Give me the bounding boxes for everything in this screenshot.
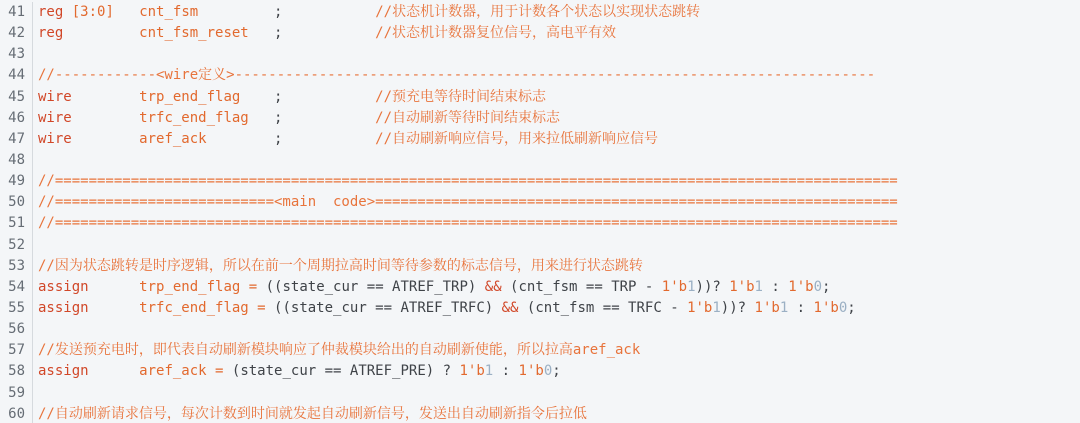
code-line: 54assign trp_end_flag = ((state_cur == A… [0, 277, 1080, 298]
code-token-pl: ; [552, 363, 560, 379]
code-text: assign aref_ack = (state_cur == ATREF_PR… [33, 361, 561, 382]
line-number: 44 [0, 65, 33, 86]
code-token-pl: (cnt_fsm == TRP - [502, 279, 662, 295]
code-token-num: [3:0] [72, 4, 114, 20]
code-line: 59 [0, 383, 1080, 404]
line-number: 59 [0, 383, 33, 404]
code-token-kw: wire [38, 89, 72, 105]
code-token-kw: reg [38, 4, 63, 20]
code-token-pl [240, 279, 248, 295]
code-token-kw: && [485, 279, 502, 295]
code-line: 44//------------<wire定义>----------------… [0, 65, 1080, 86]
code-token-kw: assign [38, 300, 89, 316]
code-token-pl: ))? [696, 279, 730, 295]
code-token-cm: //预充电等待时间结束标志 [375, 89, 546, 105]
code-token-id: trfc_end_flag [139, 300, 249, 316]
line-number: 51 [0, 213, 33, 234]
code-token-kw: reg [38, 25, 63, 41]
code-token-cm: //自动刷新等待时间结束标志 [375, 110, 560, 126]
code-token-pl: ))? [721, 300, 755, 316]
code-text: reg cnt_fsm_reset ; //状态机计数器复位信号，高电平有效 [33, 23, 616, 44]
code-token-pl [249, 300, 257, 316]
code-token-cm: //状态机计数器，用于计数各个状态以实现状态跳转 [375, 4, 700, 20]
code-token-id: trp_end_flag [139, 89, 240, 105]
code-token-pl [63, 25, 139, 41]
code-line: 42reg cnt_fsm_reset ; //状态机计数器复位信号，高电平有效 [0, 23, 1080, 44]
code-token-pl: ((state_cur == ATREF_TRP) [257, 279, 485, 295]
code-token-pl: ; [240, 89, 375, 105]
code-line: 41reg [3:0] cnt_fsm ; //状态机计数器，用于计数各个状态以… [0, 2, 1080, 23]
code-line: 57//发送预充电时，即代表自动刷新模块响应了仲裁模块给出的自动刷新使能，所以拉… [0, 340, 1080, 361]
code-token-pl [89, 279, 140, 295]
code-token-kw: wire [38, 110, 72, 126]
line-number: 43 [0, 44, 33, 65]
line-number: 49 [0, 171, 33, 192]
code-token-cm: //==========================<main code>=… [38, 194, 898, 210]
code-token-pl: : [788, 300, 813, 316]
code-text [33, 383, 38, 404]
code-token-kw: wire [38, 131, 72, 147]
code-text: //======================================… [33, 171, 898, 192]
code-token-pl: ; [207, 131, 376, 147]
code-token-id: trfc_end_flag [139, 110, 249, 126]
code-line: 50//==========================<main code… [0, 192, 1080, 213]
line-number: 55 [0, 298, 33, 319]
code-token-dig: 0 [544, 363, 552, 379]
code-token-dig: 1 [712, 300, 720, 316]
code-token-num: 1'b [755, 300, 780, 316]
code-token-id: cnt_fsm [139, 4, 198, 20]
code-text: wire trfc_end_flag ; //自动刷新等待时间结束标志 [33, 108, 560, 129]
line-number: 54 [0, 277, 33, 298]
code-line: 49//====================================… [0, 171, 1080, 192]
code-token-pl: ; [249, 110, 375, 126]
code-token-num: = [257, 300, 265, 316]
code-line: 48 [0, 150, 1080, 171]
line-number: 46 [0, 108, 33, 129]
code-text: wire aref_ack ; //自动刷新响应信号，用来拉低刷新响应信号 [33, 129, 658, 150]
code-token-pl [72, 110, 139, 126]
code-text: //发送预充电时，即代表自动刷新模块响应了仲裁模块给出的自动刷新使能，所以拉高a… [33, 340, 640, 361]
code-token-cm: //======================================… [38, 173, 898, 189]
code-token-cm: //自动刷新请求信号，每次计数到时间就发起自动刷新信号，发送出自动刷新指令后拉低 [38, 406, 587, 422]
code-token-id: aref_ack [139, 131, 206, 147]
code-text [33, 150, 38, 171]
code-token-num: 1'b [662, 279, 687, 295]
code-text: //因为状态跳转是时序逻辑，所以在前一个周期拉高时间等待参数的标志信号，用来进行… [33, 256, 643, 277]
code-token-dig: 1 [780, 300, 788, 316]
code-token-id: aref_ack [139, 363, 206, 379]
code-token-pl: ; [198, 4, 375, 20]
code-token-pl: ; [847, 300, 855, 316]
line-number: 41 [0, 2, 33, 23]
code-token-pl [89, 300, 140, 316]
code-token-pl: (cnt_fsm == TRFC - [518, 300, 687, 316]
code-line: 47wire aref_ack ; //自动刷新响应信号，用来拉低刷新响应信号 [0, 129, 1080, 150]
code-line: 53//因为状态跳转是时序逻辑，所以在前一个周期拉高时间等待参数的标志信号，用来… [0, 256, 1080, 277]
code-token-num: 1'b [519, 363, 544, 379]
code-text: assign trp_end_flag = ((state_cur == ATR… [33, 277, 830, 298]
code-token-cm: //======================================… [38, 215, 898, 231]
line-number: 47 [0, 129, 33, 150]
code-line: 51//====================================… [0, 213, 1080, 234]
line-number: 52 [0, 235, 33, 256]
code-text [33, 319, 38, 340]
code-text: //------------<wire定义>------------------… [33, 65, 875, 86]
code-token-pl: : [763, 279, 788, 295]
code-token-pl [72, 131, 139, 147]
code-line: 46wire trfc_end_flag ; //自动刷新等待时间结束标志 [0, 108, 1080, 129]
code-token-num: 1'b [459, 363, 484, 379]
line-number: 50 [0, 192, 33, 213]
code-token-num: = [249, 279, 257, 295]
code-token-pl [63, 4, 71, 20]
code-token-id: trp_end_flag [139, 279, 240, 295]
code-token-pl: ((state_cur == ATREF_TRFC) [266, 300, 502, 316]
line-number: 56 [0, 319, 33, 340]
code-token-pl: ; [249, 25, 375, 41]
code-text: //==========================<main code>=… [33, 192, 898, 213]
code-token-cm: //------------<wire定义>------------------… [38, 67, 875, 83]
code-text [33, 44, 38, 65]
code-token-dig: 1 [687, 279, 695, 295]
code-text: assign trfc_end_flag = ((state_cur == AT… [33, 298, 856, 319]
code-token-pl: ; [822, 279, 830, 295]
line-number: 48 [0, 150, 33, 171]
code-token-num: 1'b [814, 300, 839, 316]
line-number: 42 [0, 23, 33, 44]
code-token-dig: 1 [485, 363, 493, 379]
code-token-num: 1'b [687, 300, 712, 316]
code-token-pl: (state_cur == ATREF_PRE) ? [223, 363, 459, 379]
code-text: //自动刷新请求信号，每次计数到时间就发起自动刷新信号，发送出自动刷新指令后拉低 [33, 404, 587, 423]
code-text: reg [3:0] cnt_fsm ; //状态机计数器，用于计数各个状态以实现… [33, 2, 700, 23]
code-line: 58assign aref_ack = (state_cur == ATREF_… [0, 361, 1080, 382]
code-token-kw: && [502, 300, 519, 316]
line-number: 60 [0, 404, 33, 423]
code-text [33, 235, 38, 256]
code-token-cm: //自动刷新响应信号，用来拉低刷新响应信号 [375, 131, 658, 147]
code-text: wire trp_end_flag ; //预充电等待时间结束标志 [33, 87, 546, 108]
code-token-kw: assign [38, 363, 89, 379]
code-token-num: 1'b [729, 279, 754, 295]
code-token-dig: 1 [755, 279, 763, 295]
code-token-cm: //发送预充电时，即代表自动刷新模块响应了仲裁模块给出的自动刷新使能，所以拉高a… [38, 342, 640, 358]
code-text: //======================================… [33, 213, 898, 234]
code-token-pl [72, 89, 139, 105]
code-token-cm: //因为状态跳转是时序逻辑，所以在前一个周期拉高时间等待参数的标志信号，用来进行… [38, 258, 643, 274]
code-line: 52 [0, 235, 1080, 256]
code-token-num: 1'b [788, 279, 813, 295]
code-editor[interactable]: 41reg [3:0] cnt_fsm ; //状态机计数器，用于计数各个状态以… [0, 0, 1080, 423]
code-line: 45wire trp_end_flag ; //预充电等待时间结束标志 [0, 87, 1080, 108]
code-line: 56 [0, 319, 1080, 340]
code-token-cm: //状态机计数器复位信号，高电平有效 [375, 25, 616, 41]
code-token-kw: assign [38, 279, 89, 295]
line-number: 57 [0, 340, 33, 361]
line-number: 58 [0, 361, 33, 382]
line-number: 45 [0, 87, 33, 108]
code-token-pl: : [493, 363, 518, 379]
code-token-pl [89, 363, 140, 379]
code-line: 43 [0, 44, 1080, 65]
line-number: 53 [0, 256, 33, 277]
code-token-pl [207, 363, 215, 379]
code-line: 60//自动刷新请求信号，每次计数到时间就发起自动刷新信号，发送出自动刷新指令后… [0, 404, 1080, 423]
code-token-pl [114, 4, 139, 20]
code-token-id: cnt_fsm_reset [139, 25, 249, 41]
code-line: 55assign trfc_end_flag = ((state_cur == … [0, 298, 1080, 319]
code-token-dig: 0 [814, 279, 822, 295]
